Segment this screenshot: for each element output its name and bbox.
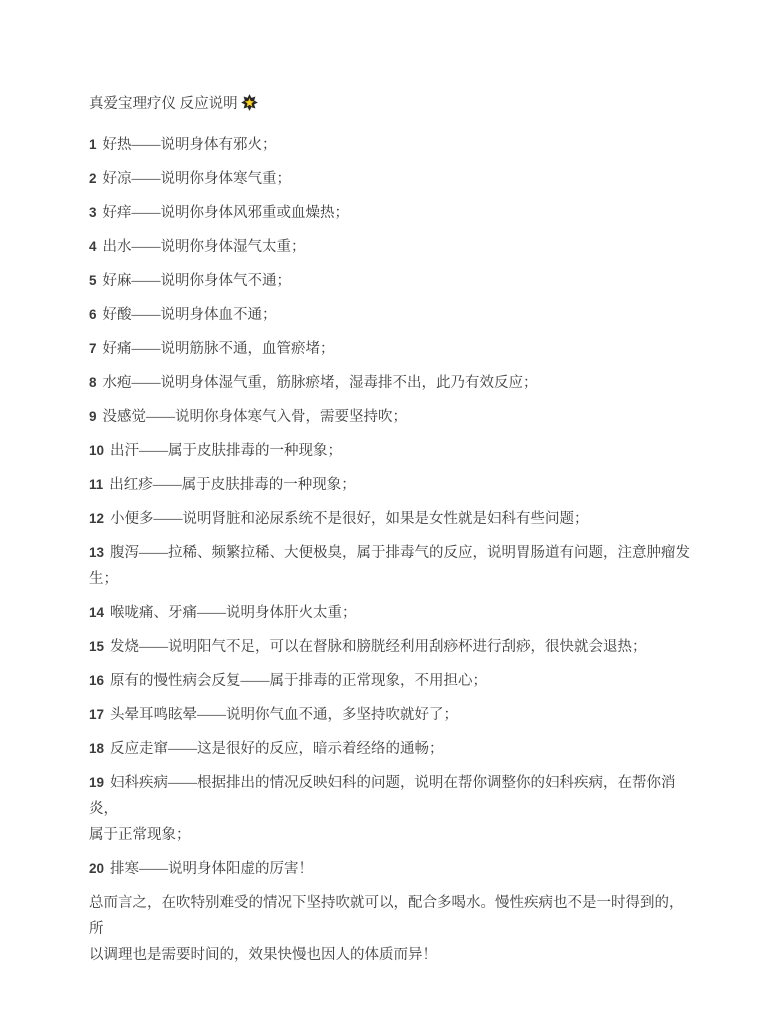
list-item-17: 17头晕耳鸣眩晕——说明你气血不通，多坚持吹就好了； bbox=[89, 702, 691, 728]
item-text: 好痒——说明你身体风邪重或血燥热； bbox=[103, 205, 350, 221]
item-text: 出汗——属于皮肤排毒的一种现象； bbox=[110, 443, 342, 459]
item-text: 头晕耳鸣眩晕——说明你气血不通，多坚持吹就好了； bbox=[110, 707, 458, 723]
list-item-11: 11出红疹——属于皮肤排毒的一种现象； bbox=[89, 472, 691, 498]
item-number: 5 bbox=[89, 273, 97, 288]
item-number: 7 bbox=[89, 341, 97, 356]
item-number: 19 bbox=[89, 775, 104, 790]
item-number: 4 bbox=[89, 239, 97, 254]
glowing-star-icon bbox=[241, 94, 258, 120]
list-item-20: 20排寒——说明身体阳虚的厉害！ bbox=[89, 856, 691, 882]
item-number: 14 bbox=[89, 605, 104, 620]
list-item-3: 3好痒——说明你身体风邪重或血燥热； bbox=[89, 200, 691, 226]
item-text: 发烧——说明阳气不足，可以在督脉和膀胱经利用刮痧杯进行刮痧，很快就会退热； bbox=[110, 639, 647, 655]
item-number: 20 bbox=[89, 861, 104, 876]
list-item-1: 1好热——说明身体有邪火； bbox=[89, 132, 691, 158]
list-item-13: 13腹泻——拉稀、频繁拉稀、大便极臭，属于排毒气的反应，说明胃肠道有问题，注意肿… bbox=[89, 540, 691, 592]
item-text: 水疱——说明身体湿气重，筋脉瘀堵，湿毒排不出，此乃有效反应； bbox=[103, 375, 538, 391]
item-text: 出水——说明你身体湿气太重； bbox=[103, 239, 306, 255]
item-text: 妇科疾病——根据排出的情况反映妇科的问题，说明在帮你调整你的妇科疾病，在帮你消炎… bbox=[89, 775, 676, 843]
list-item-18: 18反应走窜——这是很好的反应，暗示着经络的通畅； bbox=[89, 736, 691, 762]
item-text: 原有的慢性病会反复——属于排毒的正常现象，不用担心； bbox=[110, 673, 487, 689]
item-text: 没感觉——说明你身体寒气入骨，需要坚持吹； bbox=[103, 409, 408, 425]
list-item-7: 7好痛——说明筋脉不通，血管瘀堵； bbox=[89, 336, 691, 362]
item-number: 15 bbox=[89, 639, 104, 654]
list-item-2: 2好凉——说明你身体寒气重； bbox=[89, 166, 691, 192]
list-item-14: 14喉咙痛、牙痛——说明身体肝火太重； bbox=[89, 600, 691, 626]
item-text: 好热——说明身体有邪火； bbox=[103, 137, 277, 153]
item-text: 好凉——说明你身体寒气重； bbox=[103, 171, 292, 187]
list-item-4: 4出水——说明你身体湿气太重； bbox=[89, 234, 691, 260]
item-text: 排寒——说明身体阳虚的厉害！ bbox=[110, 861, 313, 877]
list-item-6: 6好酸——说明身体血不通； bbox=[89, 302, 691, 328]
item-number: 13 bbox=[89, 545, 104, 560]
item-number: 11 bbox=[89, 477, 103, 492]
item-number: 2 bbox=[89, 171, 97, 186]
item-number: 6 bbox=[89, 307, 97, 322]
list-item-12: 12小便多——说明肾脏和泌尿系统不是很好，如果是女性就是妇科有些问题； bbox=[89, 506, 691, 532]
document-page: 真爱宝理疗仪 反应说明 1好热——说明身体有邪火； 2好凉——说明你身体寒气重；… bbox=[0, 0, 768, 1024]
item-number: 3 bbox=[89, 205, 97, 220]
item-text: 喉咙痛、牙痛——说明身体肝火太重； bbox=[110, 605, 357, 621]
list-item-19: 19妇科疾病——根据排出的情况反映妇科的问题，说明在帮你调整你的妇科疾病，在帮你… bbox=[89, 770, 691, 848]
item-text: 小便多——说明肾脏和泌尿系统不是很好，如果是女性就是妇科有些问题； bbox=[110, 511, 589, 527]
summary-paragraph: 总而言之，在吹特别难受的情况下坚持吹就可以，配合多喝水。慢性疾病也不是一时得到的… bbox=[89, 890, 691, 968]
list-item-16: 16原有的慢性病会反复——属于排毒的正常现象，不用担心； bbox=[89, 668, 691, 694]
item-text: 好麻——说明你身体气不通； bbox=[103, 273, 292, 289]
page-title-text: 真爱宝理疗仪 反应说明 bbox=[89, 96, 238, 112]
item-number: 16 bbox=[89, 673, 104, 688]
list-item-8: 8水疱——说明身体湿气重，筋脉瘀堵，湿毒排不出，此乃有效反应； bbox=[89, 370, 691, 396]
item-text: 好酸——说明身体血不通； bbox=[103, 307, 277, 323]
item-number: 12 bbox=[89, 511, 104, 526]
list-item-10: 10出汗——属于皮肤排毒的一种现象； bbox=[89, 438, 691, 464]
item-number: 9 bbox=[89, 409, 97, 424]
item-text: 腹泻——拉稀、频繁拉稀、大便极臭，属于排毒气的反应，说明胃肠道有问题，注意肿瘤发… bbox=[89, 545, 690, 587]
item-number: 1 bbox=[89, 137, 97, 152]
list-item-5: 5好麻——说明你身体气不通； bbox=[89, 268, 691, 294]
document-content: 真爱宝理疗仪 反应说明 1好热——说明身体有邪火； 2好凉——说明你身体寒气重；… bbox=[89, 91, 691, 976]
item-number: 18 bbox=[89, 741, 104, 756]
item-text: 出红疹——属于皮肤排毒的一种现象； bbox=[109, 477, 356, 493]
item-text: 反应走窜——这是很好的反应，暗示着经络的通畅； bbox=[110, 741, 444, 757]
item-number: 17 bbox=[89, 707, 104, 722]
item-number: 8 bbox=[89, 375, 97, 390]
list-item-15: 15发烧——说明阳气不足，可以在督脉和膀胱经利用刮痧杯进行刮痧，很快就会退热； bbox=[89, 634, 691, 660]
page-title: 真爱宝理疗仪 反应说明 bbox=[89, 91, 691, 120]
item-text: 好痛——说明筋脉不通，血管瘀堵； bbox=[103, 341, 335, 357]
item-number: 10 bbox=[89, 443, 104, 458]
list-item-9: 9没感觉——说明你身体寒气入骨，需要坚持吹； bbox=[89, 404, 691, 430]
